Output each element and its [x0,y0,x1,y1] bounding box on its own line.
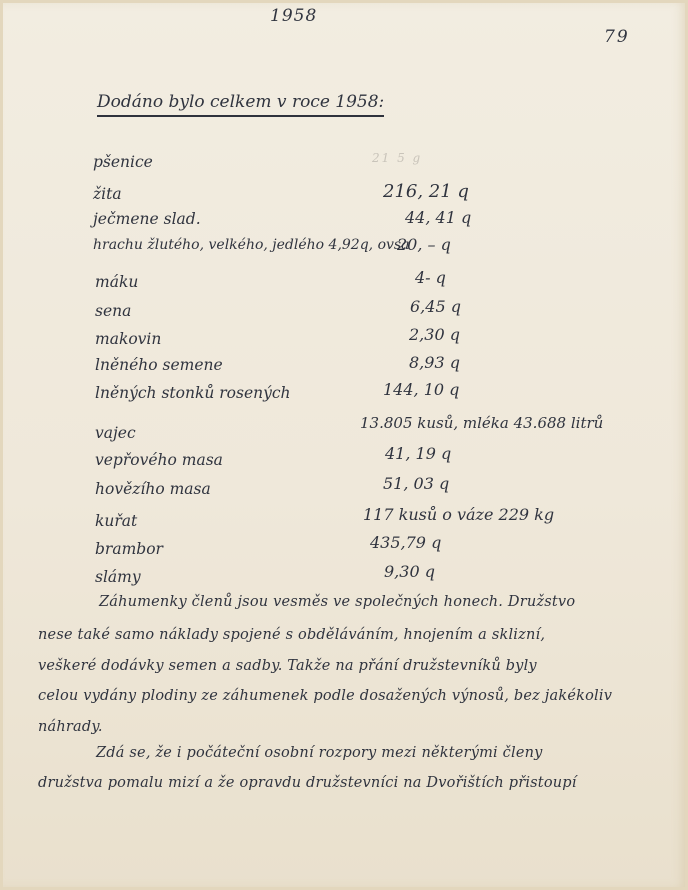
list-item-value: 51, 03 q [383,474,449,493]
list-item-value: 2,30 q [409,325,460,344]
paragraph-line: celou vydány plodiny ze záhumenek podle … [38,688,612,704]
year-header: 1958 [270,6,317,26]
paragraph-line: nese také samo náklady spojené s obděláv… [38,627,545,643]
list-item-label: ječmene slad. [93,210,201,228]
list-item-value: 144, 10 q [383,380,459,399]
document-page: 1958 79 Dodáno bylo celkem v roce 1958: … [0,0,688,890]
list-item-label: brambor [95,540,163,558]
list-item-value: 216, 21 q [383,181,469,202]
list-item-value: 4- q [415,268,446,287]
list-item-value: 6,45 q [410,297,461,316]
list-item-value: 117 kusů o váze 229 kg [363,505,554,524]
list-item-value: 9,30 q [384,562,435,581]
paragraph-line: Záhumenky členů jsou vesměs ve společnýc… [99,594,575,610]
list-item-label: sena [95,302,131,320]
list-item-value: 435,79 q [370,533,441,552]
pencil-annotation: 21 5 g [372,151,422,165]
list-item-value: 20, – q [397,235,451,254]
page-number: 79 [604,27,630,47]
list-item-label: vajec [95,424,136,442]
list-item-label: žita [93,185,122,203]
list-item-label: kuřat [95,512,137,530]
paragraph-line: veškeré dodávky semen a sadby. Takže na … [38,658,537,674]
list-item-label: vepřového masa [95,451,223,469]
list-item-label: slámy [95,568,141,586]
list-item-label: hovězího masa [95,480,211,498]
list-item-value: 8,93 q [409,353,460,372]
list-item-value: 41, 19 q [385,444,451,463]
paragraph-line: družstva pomalu mizí a že opravdu družst… [38,775,577,791]
list-item-label: máku [95,273,138,291]
list-item-label: lněného semene [95,356,223,374]
section-heading: Dodáno bylo celkem v roce 1958: [97,92,384,117]
list-item-label: pšenice [93,153,153,171]
list-item-label: lněných stonků rosených [95,384,291,402]
list-item-value: 13.805 kusů, mléka 43.688 litrů [360,414,603,432]
paragraph-line: Zdá se, že i počáteční osobní rozpory me… [96,745,543,761]
list-item-label: hrachu žlutého, velkého, jedlého 4,92q, … [93,237,409,253]
paragraph-line: náhrady. [38,719,103,735]
list-item-value: 44, 41 q [405,208,471,227]
list-item-label: makovin [95,330,161,348]
